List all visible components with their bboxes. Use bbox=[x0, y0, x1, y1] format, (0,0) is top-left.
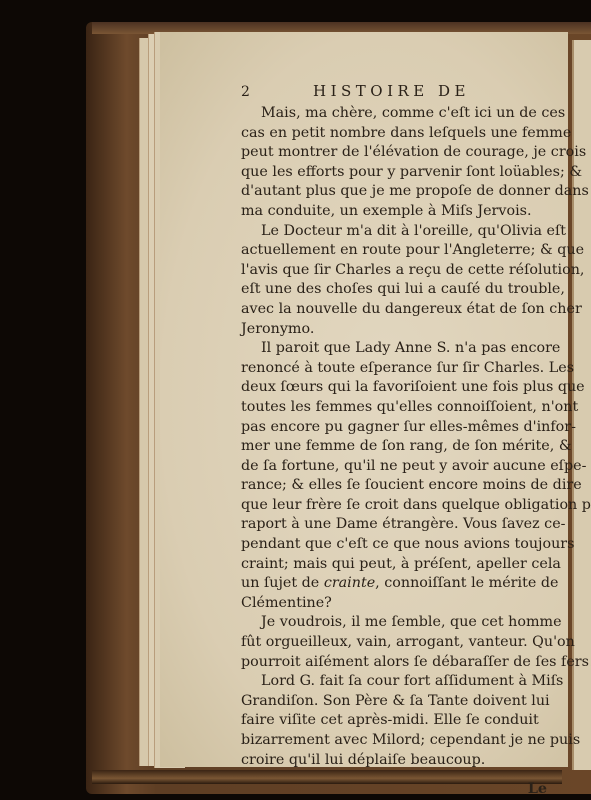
catchword: Le bbox=[241, 780, 551, 800]
text-line: faire viſite cet après-midi. Elle ſe con… bbox=[241, 711, 551, 731]
text-line: renoncé à toute eſperance ſur ſir Charle… bbox=[241, 359, 551, 379]
text-line: Je voudrois, il me ſemble, que cet homme bbox=[241, 613, 551, 633]
text-line: pendant que c'eſt ce que nous avions tou… bbox=[241, 535, 551, 555]
text-line: fût orgueilleux, vain, arrogant, vanteur… bbox=[241, 633, 551, 653]
page-number: 2 bbox=[241, 83, 313, 103]
text-line: Mais, ma chère, comme c'eſt ici un de ce… bbox=[241, 104, 551, 124]
text-line: ma conduite, un exemple à Miſs Jervois. bbox=[241, 202, 551, 222]
text-line: pourroit aiſément alors ſe débaraſſer de… bbox=[241, 653, 551, 673]
text-line: Jeronymo. bbox=[241, 320, 551, 340]
text-line: toutes les femmes qu'elles connoiſſoient… bbox=[241, 398, 551, 418]
text-line: Il paroit que Lady Anne S. n'a pas encor… bbox=[241, 339, 551, 359]
text-line: croire qu'il lui déplaiſe beaucoup. bbox=[241, 751, 551, 771]
text-line: l'avis que ſir Charles a reçu de cette r… bbox=[241, 261, 551, 281]
page-text: 2 HISTOIRE DE Mais, ma chère, comme c'eſ… bbox=[241, 82, 551, 800]
text-line: rance; & elles ſe ſoucient encore moins … bbox=[241, 476, 551, 496]
text-line: que les efforts pour y parvenir ſont loü… bbox=[241, 163, 551, 183]
text-line: peut montrer de l'élévation de courage, … bbox=[241, 143, 551, 163]
text-line: d'autant plus que je me propoſe de donne… bbox=[241, 182, 551, 202]
text-line: deux ſœurs qui la favoriſoient une fois … bbox=[241, 378, 551, 398]
text-line: mer une femme de ſon rang, de ſon mérite… bbox=[241, 437, 551, 457]
text-line: Le Docteur m'a dit à l'oreille, qu'Olivi… bbox=[241, 222, 551, 242]
paragraph: Je voudrois, il me ſemble, que cet homme… bbox=[241, 613, 551, 672]
text-line: craint; mais qui peut, à préſent, apelle… bbox=[241, 555, 551, 575]
text-line: avec la nouvelle du dangereux état de ſo… bbox=[241, 300, 551, 320]
paragraph: Mais, ma chère, comme c'eſt ici un de ce… bbox=[241, 104, 551, 222]
body-text: Mais, ma chère, comme c'eſt ici un de ce… bbox=[241, 104, 551, 770]
text-line: eſt une des choſes qui lui a cauſé du tr… bbox=[241, 280, 551, 300]
running-head: 2 HISTOIRE DE bbox=[241, 82, 551, 102]
text-line: Clémentine? bbox=[241, 594, 551, 614]
text-line: que leur frère ſe croit dans quelque obl… bbox=[241, 496, 551, 516]
text-line: bizarrement avec Milord; cependant je ne… bbox=[241, 731, 551, 751]
running-title: HISTOIRE DE bbox=[313, 82, 470, 102]
text-line: de ſa fortune, qu'il ne peut y avoir auc… bbox=[241, 457, 551, 477]
text-line: actuellement en route pour l'Angleterre;… bbox=[241, 241, 551, 261]
text-line: Grandiſon. Son Père & ſa Tante doivent l… bbox=[241, 692, 551, 712]
text-line: un ſujet de crainte, connoiſſant le méri… bbox=[241, 574, 551, 594]
paragraph: Lord G. fait ſa cour fort aſſidument à M… bbox=[241, 672, 551, 770]
text-line: Lord G. fait ſa cour fort aſſidument à M… bbox=[241, 672, 551, 692]
paragraph: Le Docteur m'a dit à l'oreille, qu'Olivi… bbox=[241, 222, 551, 340]
text-line: pas encore pu gagner ſur elles-mêmes d'i… bbox=[241, 418, 551, 438]
paragraph: Il paroit que Lady Anne S. n'a pas encor… bbox=[241, 339, 551, 613]
text-line: cas en petit nombre dans leſquels une fe… bbox=[241, 124, 551, 144]
text-line: raport à une Dame étrangère. Vous ſavez … bbox=[241, 515, 551, 535]
